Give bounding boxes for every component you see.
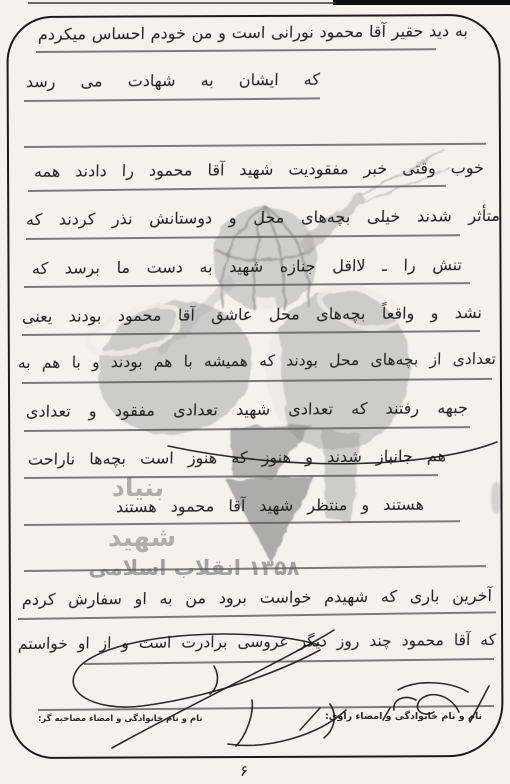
scan-edge-artifact [333, 0, 510, 5]
scanned-document: بنیاد شهید ۱۳۵۸ انقلاب اسلامی به دید حقی… [0, 0, 510, 784]
handwritten-line-body-8: هستند و منتظر شهید آقا محمود هستند [116, 495, 425, 518]
interviewer-signature-label: نام و نام خانوادگی و امضاء مصاحبه گر: [38, 714, 202, 724]
handwritten-line-top-1: به دید حقیر آقا محمود نورانی است و من خو… [38, 21, 469, 45]
scan-edge-artifact [28, 2, 336, 4]
ruled-line [24, 97, 320, 101]
handwritten-line-body-3: تنش را ـ لااقل جنازه شهید به دست ما برسد… [32, 255, 463, 279]
handwritten-line-body-2: متأثر شدند خیلی بچه‌های محل و دوستانش نذ… [26, 206, 501, 230]
page-number-mark: ۶ [240, 762, 248, 780]
handwritten-line-bottom-2: که آقا محمود چند روز دیگر عروسی برادرت ا… [18, 631, 496, 655]
handwritten-line-body-7: هم جانباز شدند و هنوز که هنوز است بچه‌ها… [28, 446, 447, 470]
arrow-down-shape [226, 476, 314, 564]
ruled-line [36, 48, 436, 52]
ruled-line [38, 705, 494, 710]
handwritten-line-top-2: که ایشان به شهادت می رسد [26, 70, 321, 93]
watermark-shahid-text: شهید [106, 523, 178, 553]
handwritten-line-body-1: خوب وقتی خبر مفقودیت شهید آقا محمود را د… [34, 158, 485, 182]
narrator-signature-label: نام و نام خانوادگی و امضاء راوی: [325, 711, 482, 722]
ruled-line [18, 611, 496, 619]
handwritten-line-body-6: جبهه رفتند که تعدادی شهید تعدادی مفقود و… [26, 398, 469, 422]
ruled-line [84, 658, 494, 665]
ruled-line [24, 143, 486, 148]
handwritten-line-bottom-1: آخرین باری که شهیدم خواست برود من به او … [22, 586, 493, 610]
handwritten-line-body-4: نشد و واقعاً بچه‌های محل عاشق آقا محمود … [22, 303, 483, 327]
